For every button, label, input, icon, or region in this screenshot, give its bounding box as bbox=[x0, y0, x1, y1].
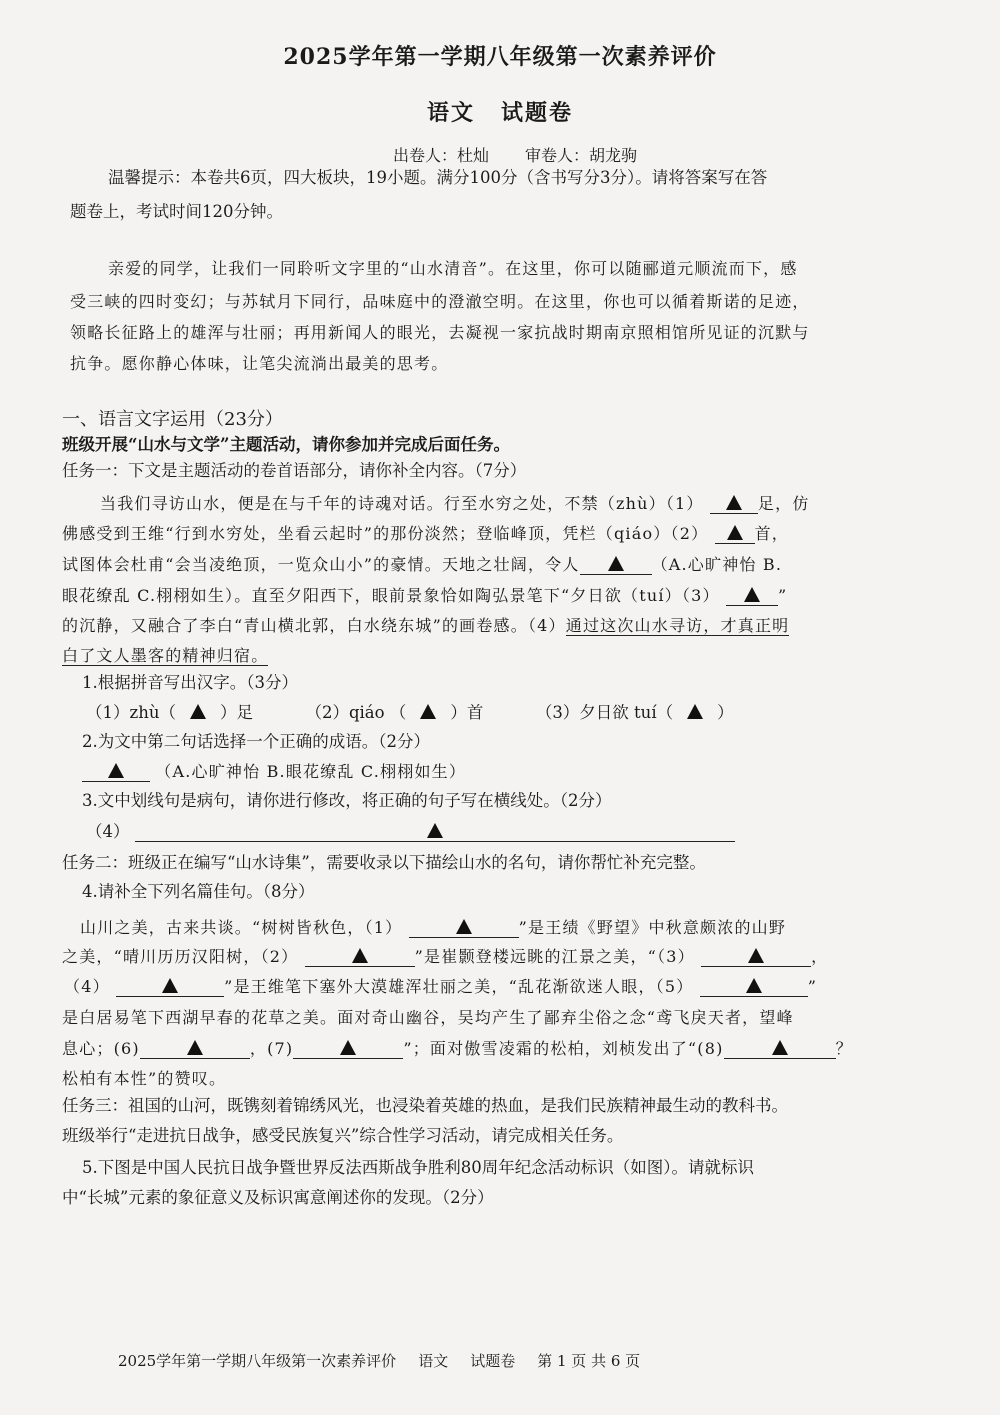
answer-marker-icon bbox=[746, 978, 762, 993]
answer-marker-icon bbox=[352, 948, 368, 963]
poem-blank-3[interactable] bbox=[701, 947, 811, 967]
footer-title: 2025学年第一学期八年级第一次素养评价 bbox=[118, 1352, 396, 1370]
q3-answer-line: （4） bbox=[86, 823, 735, 842]
authors-line: 出卷人：杜灿审卷人：胡龙驹 bbox=[0, 143, 1000, 166]
q2-answer-blank[interactable] bbox=[82, 763, 150, 782]
answer-marker-icon bbox=[726, 495, 742, 510]
q5-line-2: 中“长城”元素的象征意义及标识寓意阐述你的发现。（2分） bbox=[62, 1190, 494, 1207]
page-footer: 2025学年第一学期八年级第一次素养评价语文试题卷第 1 页 共 6 页 bbox=[118, 1350, 640, 1371]
poem-blank-2[interactable] bbox=[305, 947, 415, 967]
answer-blank-3[interactable] bbox=[726, 586, 778, 606]
task2-heading: 任务二：班级正在编写“山水诗集”，需要收录以下描绘山水的名句，请你帮忙补充完整。 bbox=[62, 855, 706, 872]
intro-line-2: 受三峡的四时变幻；与苏轼月下同行，品味庭中的澄澈空明。在这里，你也可以循着斯诺的… bbox=[70, 289, 810, 312]
passage-line-2: 佛感受到王维“行到水穷处，坐看云起时”的那份淡然；登临峰顶，凭栏（qiáo）（2… bbox=[62, 521, 789, 544]
answer-marker-icon bbox=[108, 763, 124, 778]
q4-stem: 4.请补全下列名篇佳句。（8分） bbox=[82, 884, 315, 901]
poem-blank-7[interactable] bbox=[293, 1039, 403, 1059]
passage-line-3: 试图体会杜甫“会当凌绝顶，一览众山小”的豪情。天地之壮阔，令人（A.心旷神怡 B… bbox=[62, 552, 782, 575]
passage-line-4: 眼花缭乱 C.栩栩如生）。直至夕阳西下，眼前景象恰如陶弘景笔下“夕日欲（tuí）… bbox=[62, 583, 787, 606]
section-heading: 一、语言文字运用（23分） bbox=[62, 405, 283, 431]
q1-items: （1）zhù（）足 （2）qiáo （）首 （3）夕日欲 tuí（） bbox=[86, 704, 734, 722]
poem-blank-4[interactable] bbox=[116, 977, 224, 997]
q3-stem: 3.文中划线句是病句，请你进行修改，将正确的句子写在横线处。（2分） bbox=[82, 793, 612, 810]
task3-line-2: 班级举行“走进抗日战争，感受民族复兴”综合性学习活动，请完成相关任务。 bbox=[62, 1128, 623, 1145]
q4-line-3: （4） ”是王维笔下塞外大漠雄浑壮丽之美，“乱花渐欲迷人眼，（5） ” bbox=[64, 974, 817, 997]
page-number: 第 1 页 共 6 页 bbox=[537, 1352, 640, 1370]
exam-title: 2025学年第一学期八年级第一次素养评价 bbox=[0, 40, 1000, 71]
answer-marker-icon[interactable] bbox=[687, 704, 703, 719]
answer-blank-1[interactable] bbox=[710, 494, 758, 514]
answer-marker-icon bbox=[748, 948, 764, 963]
intro-line-1: 亲爱的同学，让我们一同聆听文字里的“山水清音”。在这里，你可以随郦道元顺流而下，… bbox=[108, 256, 798, 279]
q4-line-1: 山川之美，古来共谈。“树树皆秋色，（1） ”是王绩《野望》中秋意颇浓的山野 bbox=[80, 915, 786, 938]
poem-blank-8[interactable] bbox=[724, 1039, 836, 1059]
footer-subject: 语文 bbox=[418, 1352, 448, 1370]
setter: 出卷人：杜灿 bbox=[393, 146, 489, 165]
answer-marker-icon bbox=[456, 919, 472, 934]
exam-page: 2025学年第一学期八年级第一次素养评价 语文试题卷 出卷人：杜灿审卷人：胡龙驹… bbox=[0, 0, 1000, 1415]
answer-marker-icon bbox=[608, 556, 624, 571]
activity-intro: 班级开展“山水与文学”主题活动，请你参加并完成后面任务。 bbox=[62, 437, 510, 454]
answer-marker-icon bbox=[772, 1040, 788, 1055]
poem-blank-1[interactable] bbox=[409, 918, 519, 938]
intro-line-3: 领略长征路上的雄浑与壮丽；再用新闻人的眼光，去凝视一家抗战时期南京照相馆所见证的… bbox=[70, 320, 810, 343]
notice-line-1: 温馨提示：本卷共6页，四大板块，19小题。满分100分（含书写分3分）。请将答案… bbox=[108, 170, 767, 187]
passage-line-5: 的沉静，又融合了李白“青山横北郭，白水绕东城”的画卷感。（4）通过这次山水寻访，… bbox=[62, 613, 789, 636]
answer-marker-icon bbox=[744, 587, 760, 602]
answer-marker-icon bbox=[187, 1040, 203, 1055]
answer-blank-2[interactable] bbox=[715, 524, 755, 544]
subject-label: 语文 bbox=[427, 100, 475, 126]
q1-stem: 1.根据拼音写出汉字。（3分） bbox=[82, 675, 298, 692]
reviewer: 审卷人：胡龙驹 bbox=[525, 146, 637, 165]
underlined-sentence: 通过这次山水寻访，才真正明 bbox=[566, 616, 790, 636]
poem-blank-5[interactable] bbox=[700, 977, 808, 997]
answer-marker-icon bbox=[340, 1040, 356, 1055]
answer-marker-icon[interactable] bbox=[420, 704, 436, 719]
underlined-sentence-end: 白了文人墨客的精神归宿。 bbox=[62, 646, 268, 666]
passage-line-1: 当我们寻访山水，便是在与千年的诗魂对话。行至水穷之处，不禁（zhù）（1） 足，… bbox=[100, 491, 810, 514]
answer-blank-idiom[interactable] bbox=[580, 555, 652, 575]
intro-line-4: 抗争。愿你静心体味，让笔尖流淌出最美的思考。 bbox=[70, 351, 448, 374]
notice-line-2: 题卷上，考试时间120分钟。 bbox=[70, 204, 283, 221]
poem-blank-6[interactable] bbox=[140, 1039, 250, 1059]
q4-line-6: 松柏有本性”的赞叹。 bbox=[62, 1066, 226, 1089]
exam-subtitle: 语文试题卷 bbox=[0, 96, 1000, 127]
answer-marker-icon[interactable] bbox=[190, 704, 206, 719]
q4-line-2: 之美，“晴川历历汉阳树，（2） ”是崔颢登楼远眺的江景之美，“（3） ， bbox=[62, 944, 828, 967]
paper-type-label: 试题卷 bbox=[501, 100, 573, 126]
answer-marker-icon bbox=[727, 525, 743, 540]
q2-options: （A.心旷神怡 B.眼花缭乱 C.栩栩如生） bbox=[155, 762, 466, 781]
q2-stem: 2.为文中第二句话选择一个正确的成语。（2分） bbox=[82, 734, 430, 751]
answer-marker-icon bbox=[427, 823, 443, 838]
passage-line-6: 白了文人墨客的精神归宿。 bbox=[62, 643, 268, 666]
answer-marker-icon bbox=[162, 978, 178, 993]
q2-answer-line: （A.心旷神怡 B.眼花缭乱 C.栩栩如生） bbox=[82, 763, 466, 782]
task1-heading: 任务一：下文是主题活动的卷首语部分，请你补全内容。（7分） bbox=[62, 463, 526, 480]
q4-line-4: 是白居易笔下西湖早春的花草之美。面对奇山幽谷，吴均产生了鄙弃尘俗之念“鸢飞戾天者… bbox=[62, 1005, 794, 1028]
q5-line-1: 5.下图是中国人民抗日战争暨世界反法西斯战争胜利80周年纪念活动标识（如图）。请… bbox=[82, 1160, 754, 1177]
task3-line-1: 任务三：祖国的山河，既镌刻着锦绣风光，也浸染着英雄的热血，是我们民族精神最生动的… bbox=[62, 1098, 788, 1115]
q3-answer-blank[interactable] bbox=[135, 823, 735, 842]
footer-paper-type: 试题卷 bbox=[470, 1352, 515, 1370]
q4-line-5: 息心；(6)，(7)”；面对傲雪凌霜的松柏，刘桢发出了“(8)？ bbox=[62, 1036, 853, 1059]
